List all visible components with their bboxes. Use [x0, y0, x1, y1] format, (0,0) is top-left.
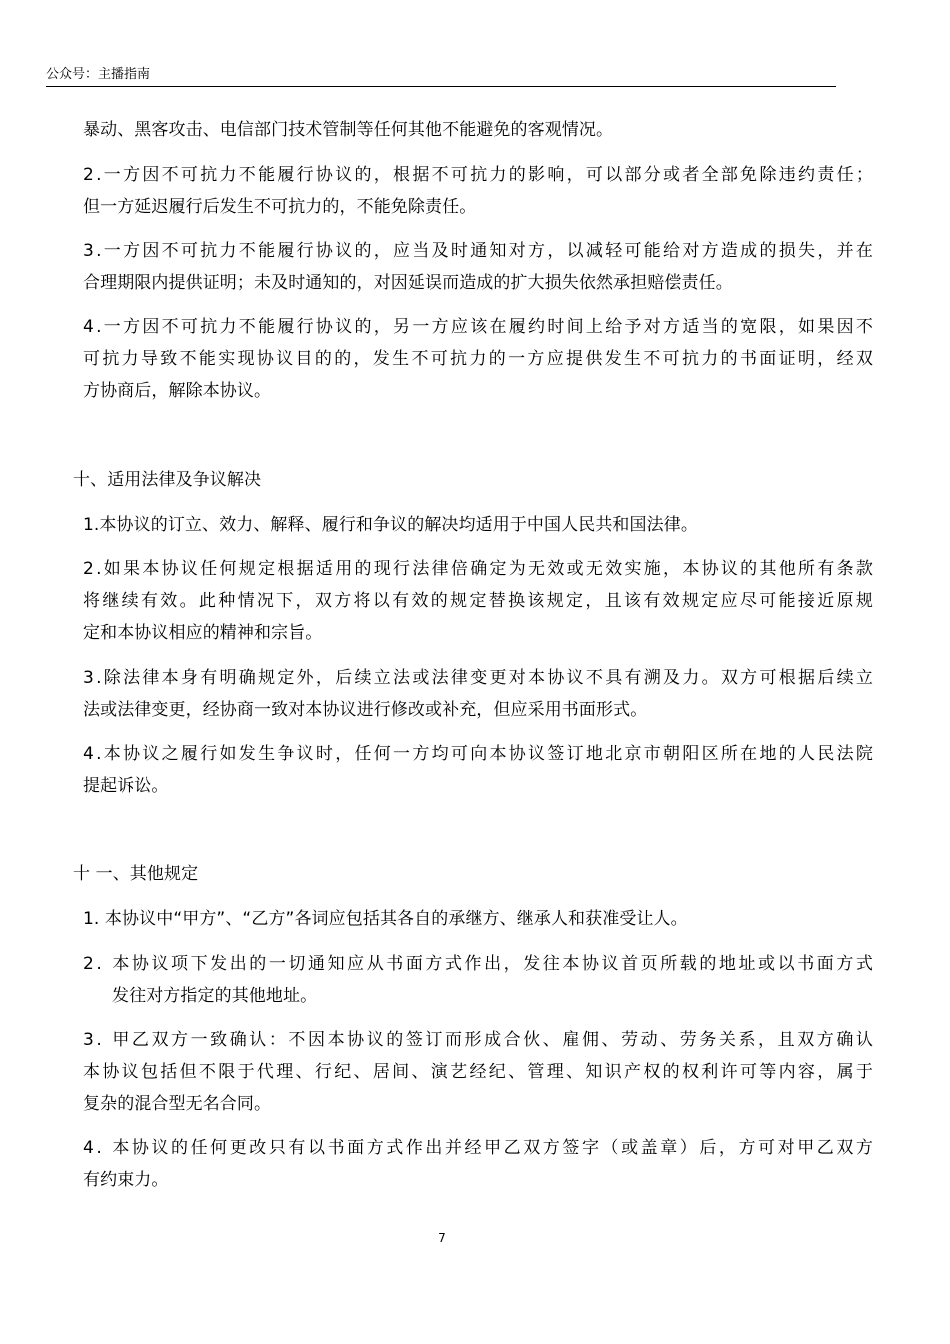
header-text: 公众号：主播指南 — [46, 67, 150, 82]
page-header: 公众号：主播指南 — [46, 66, 836, 87]
paragraph-line: 但一方延迟履行后发生不可抗力的，不能免除责任。 — [83, 196, 476, 218]
paragraph-line: 2. 本协议项下发出的一切通知应从书面方式作出，发往本协议首页所载的地址或以书面… — [83, 953, 875, 975]
paragraph-line: 2.一方因不可抗力不能履行协议的，根据不可抗力的影响，可以部分或者全部免除违约责… — [83, 164, 875, 186]
paragraph-line: 定和本协议相应的精神和宗旨。 — [83, 622, 322, 644]
paragraph-line: 本协议包括但不限于代理、行纪、居间、演艺经纪、管理、知识产权的权利许可等内容，属… — [83, 1061, 875, 1083]
paragraph-line: 发往对方指定的其他地址。 — [112, 985, 317, 1007]
paragraph-line: 4. 本协议的任何更改只有以书面方式作出并经甲乙双方签字（或盖章）后，方可对甲乙… — [83, 1137, 875, 1159]
paragraph-line: 4.本协议之履行如发生争议时，任何一方均可向本协议签订地北京市朝阳区所在地的人民… — [83, 743, 875, 765]
paragraph-line: 方协商后，解除本协议。 — [83, 380, 271, 402]
paragraph-line: 可抗力导致不能实现协议目的的，发生不可抗力的一方应提供发生不可抗力的书面证明，经… — [83, 348, 875, 370]
section-heading: 十、适用法律及争议解决 — [73, 469, 261, 491]
paragraph-line: 合理期限内提供证明；未及时通知的，对因延误而造成的扩大损失依然承担赔偿责任。 — [83, 272, 733, 294]
paragraph-line: 1.本协议的订立、效力、解释、履行和争议的解决均适用于中国人民共和国法律。 — [83, 514, 698, 536]
paragraph-line: 1. 本协议中“甲方”、“乙方”各词应包括其各自的承继方、继承人和获准受让人。 — [83, 908, 688, 930]
paragraph-line: 3. 甲乙双方一致确认：不因本协议的签订而形成合伙、雇佣、劳动、劳务关系，且双方… — [83, 1029, 875, 1051]
paragraph-line: 提起诉讼。 — [83, 775, 169, 797]
section-heading: 十 一、其他规定 — [73, 863, 198, 885]
page-number: 7 — [0, 1230, 884, 1246]
paragraph-line: 将继续有效。此种情况下，双方将以有效的规定替换该规定，且该有效规定应尽可能接近原… — [83, 590, 875, 612]
paragraph-line: 复杂的混合型无名合同。 — [83, 1093, 271, 1115]
paragraph-line: 3.除法律本身有明确规定外，后续立法或法律变更对本协议不具有溯及力。双方可根据后… — [83, 667, 875, 689]
paragraph-line: 法或法律变更，经协商一致对本协议进行修改或补充，但应采用书面形式。 — [83, 699, 647, 721]
paragraph-line: 2.如果本协议任何规定根据适用的现行法律倍确定为无效或无效实施，本协议的其他所有… — [83, 558, 875, 580]
paragraph-line: 4.一方因不可抗力不能履行协议的，另一方应该在履约时间上给予对方适当的宽限，如果… — [83, 316, 875, 338]
paragraph-line: 暴动、黑客攻击、电信部门技术管制等任何其他不能避免的客观情况。 — [83, 119, 613, 141]
paragraph-line: 3.一方因不可抗力不能履行协议的，应当及时通知对方，以减轻可能给对方造成的损失，… — [83, 240, 875, 262]
paragraph-line: 有约束力。 — [83, 1169, 169, 1191]
